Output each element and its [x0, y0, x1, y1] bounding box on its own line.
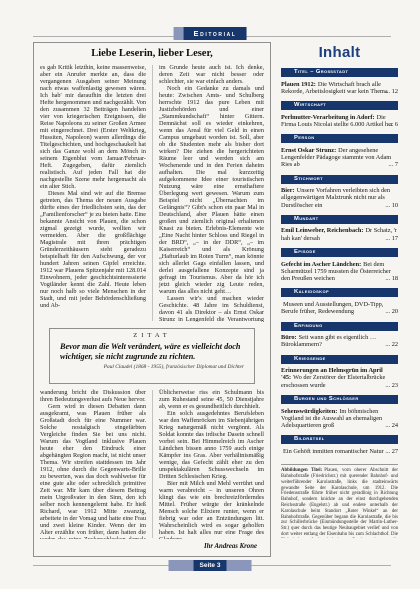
badge-left-wing	[174, 27, 184, 40]
cover-image-caption: Abbildungen Titel:Plauen, vorn oberer Ab…	[281, 464, 398, 538]
toc-entry-title: Sehenswürdigkeiten:	[281, 408, 337, 415]
quote-attribution: Paul Claudel (1868 - 1955), französische…	[60, 364, 244, 370]
toc-section-header: Person	[281, 134, 398, 143]
toc-entry-page: ... 6	[389, 121, 398, 128]
editorial-column-right-bottom: Üblicherweise riss ein Schulmann bis zum…	[152, 389, 264, 539]
toc-entry-title: Plauen 1912:	[281, 81, 316, 88]
editorial-paragraph: wanderung bricht die Diskussion über ihr…	[40, 389, 146, 403]
toc-section-header: Stichwort	[281, 175, 398, 184]
toc-section-header: Wirtschaft	[281, 101, 398, 110]
editorial-column-left-top: es gab Kritik letzthin, keine massenweis…	[40, 64, 152, 322]
editorial-paragraph: Lassen wir's und machen wieder Geschicht…	[159, 295, 264, 322]
toc-entry-page: ... 12	[385, 88, 398, 95]
editorial-paragraph: Ein solch ausgedehntes Berufsleben war d…	[159, 410, 264, 480]
quote-label: ZITAT	[60, 332, 244, 339]
toc-entry-title: Bier:	[281, 187, 295, 194]
toc-entry: Perlmutter-Verarbeitung in Adorf:Die Fir…	[281, 114, 398, 129]
toc-entry: Ernst Oskar Strunz:Der angesehene Lengen…	[281, 147, 398, 169]
editorial-paragraph: Bier mit Milch und Mehl verrührt und war…	[159, 480, 264, 539]
toc-entry-page: ... 24	[385, 422, 398, 429]
editorial-bottom-columns: wanderung bricht die Diskussion über ihr…	[40, 389, 264, 539]
toc-entry-text: Unsere Vorfahren verleibten sich den all…	[281, 187, 390, 209]
section-badge-editorial: Editorial	[174, 27, 247, 40]
editorial-top-columns: es gab Kritik letzthin, keine massenweis…	[40, 64, 264, 322]
editorial-paragraph: Gern wird in diesen Debatten dann ausgek…	[40, 403, 146, 539]
badge-right-wing	[226, 560, 251, 571]
editorial-paragraph: Üblicherweise riss ein Schulmann bis zum…	[159, 389, 264, 410]
toc-entry: Plauen 1912:Die Wirtschaft brach alle Re…	[281, 81, 398, 96]
editorial-paragraph: im Grunde heute auch ist. Ich denke, der…	[159, 64, 264, 85]
toc-entry-page: ... 18	[385, 275, 398, 282]
editorial-paragraph: es gab Kritik letzthin, keine massenweis…	[40, 64, 146, 190]
toc-entry-page: ... 23	[385, 382, 398, 389]
toc-entry-title: Gefecht im Ascher Ländchen:	[281, 261, 361, 268]
toc-entry-title: Büro:	[281, 334, 297, 341]
section-badge-label: Editorial	[184, 27, 247, 40]
caption-text: Plauen, vorn oberer Abschnitt der Bahnho…	[281, 468, 398, 538]
toc-entry-text: Ein Gehöft inmitten romantischer Natur	[283, 448, 384, 455]
toc-entry-page: ... 22	[385, 341, 398, 348]
toc-entry: Büro:Seit wann gibt es eigentlich … Büro…	[281, 334, 398, 349]
toc-title: Inhalt	[281, 44, 398, 61]
toc-entry-text: Museen und Ausstellungen, DVD-Tipp, Beru…	[281, 301, 383, 315]
toc-entry-page: ... 10	[385, 202, 398, 209]
toc-entry-page: ... 27	[385, 448, 398, 455]
editorial-article-frame: Liebe Leserin, lieber Leser, es gab Krit…	[33, 42, 271, 557]
caption-lead: Abbildungen Titel:	[281, 468, 322, 473]
page-number-label: Seite 3	[194, 560, 227, 571]
toc-entry-page: ... 20	[385, 308, 398, 315]
toc-entry-page: ... 7	[389, 161, 398, 168]
toc-section-header: Kaleidoskop	[281, 288, 398, 297]
toc-section-header: Bildrätsel	[281, 435, 398, 444]
toc-section-header: Titel – Großstadt	[281, 68, 398, 77]
editorial-paragraph: Noch ein Gedanke zu damals und heute: Zw…	[159, 85, 264, 295]
magazine-page: { "page": { "section_badge": "Editorial"…	[0, 0, 420, 589]
toc-entry: Sehenswürdigkeiten:Im böhmischen Vogtlan…	[281, 408, 398, 430]
toc-entry-title: Ernst Oskar Strunz:	[281, 147, 336, 154]
quote-box: ZITAT Bevor man die Welt verändert, wäre…	[49, 328, 255, 384]
toc-section-header: Erfindung	[281, 322, 398, 331]
table-of-contents: Inhalt Titel – Großstadt Plauen 1912:Die…	[281, 44, 398, 538]
badge-left-wing	[169, 560, 194, 571]
toc-entry-page: ... 17	[385, 235, 398, 242]
toc-entry: Gefecht im Ascher Ländchen:Bei dem Schar…	[281, 261, 398, 283]
toc-entry: Ein Gehöft inmitten romantischer Natur .…	[281, 448, 398, 455]
toc-entry: Erinnerungen an Helmsgrün im April '45:W…	[281, 367, 398, 389]
toc-entry: Bier:Unsere Vorfahren verleibten sich de…	[281, 187, 398, 209]
toc-entry-text: Wo der Zerstörer der Elstertalbrücke ers…	[281, 374, 385, 388]
page-number-badge: Seite 3	[169, 560, 252, 571]
editorial-salutation: Liebe Leserin, lieber Leser,	[40, 48, 264, 59]
toc-section-header: Kriegsende	[281, 355, 398, 364]
toc-section-header: Burgen und Schlösser	[281, 395, 398, 404]
toc-section-header: Episode	[281, 248, 398, 257]
toc-section-header: Mundart	[281, 215, 398, 224]
editorial-column-right-top: im Grunde heute auch ist. Ich denke, der…	[152, 64, 264, 322]
toc-entry: Emil Leinweber, Reichenbach:Dr Schatz, '…	[281, 227, 398, 242]
toc-entry-title: Emil Leinweber, Reichenbach:	[281, 227, 364, 234]
quote-text: Bevor man die Welt verändert, wäre es vi…	[60, 342, 244, 361]
editor-signature: Ihr Andreas Krone	[204, 543, 257, 550]
editorial-paragraph: Dieses Mal sind wir auf die Bremse getre…	[40, 190, 146, 309]
editorial-column-left-bottom: wanderung bricht die Diskussion über ihr…	[40, 389, 152, 539]
toc-entry: Museen und Ausstellungen, DVD-Tipp, Beru…	[281, 301, 398, 316]
toc-entry-title: Perlmutter-Verarbeitung in Adorf:	[281, 114, 375, 121]
